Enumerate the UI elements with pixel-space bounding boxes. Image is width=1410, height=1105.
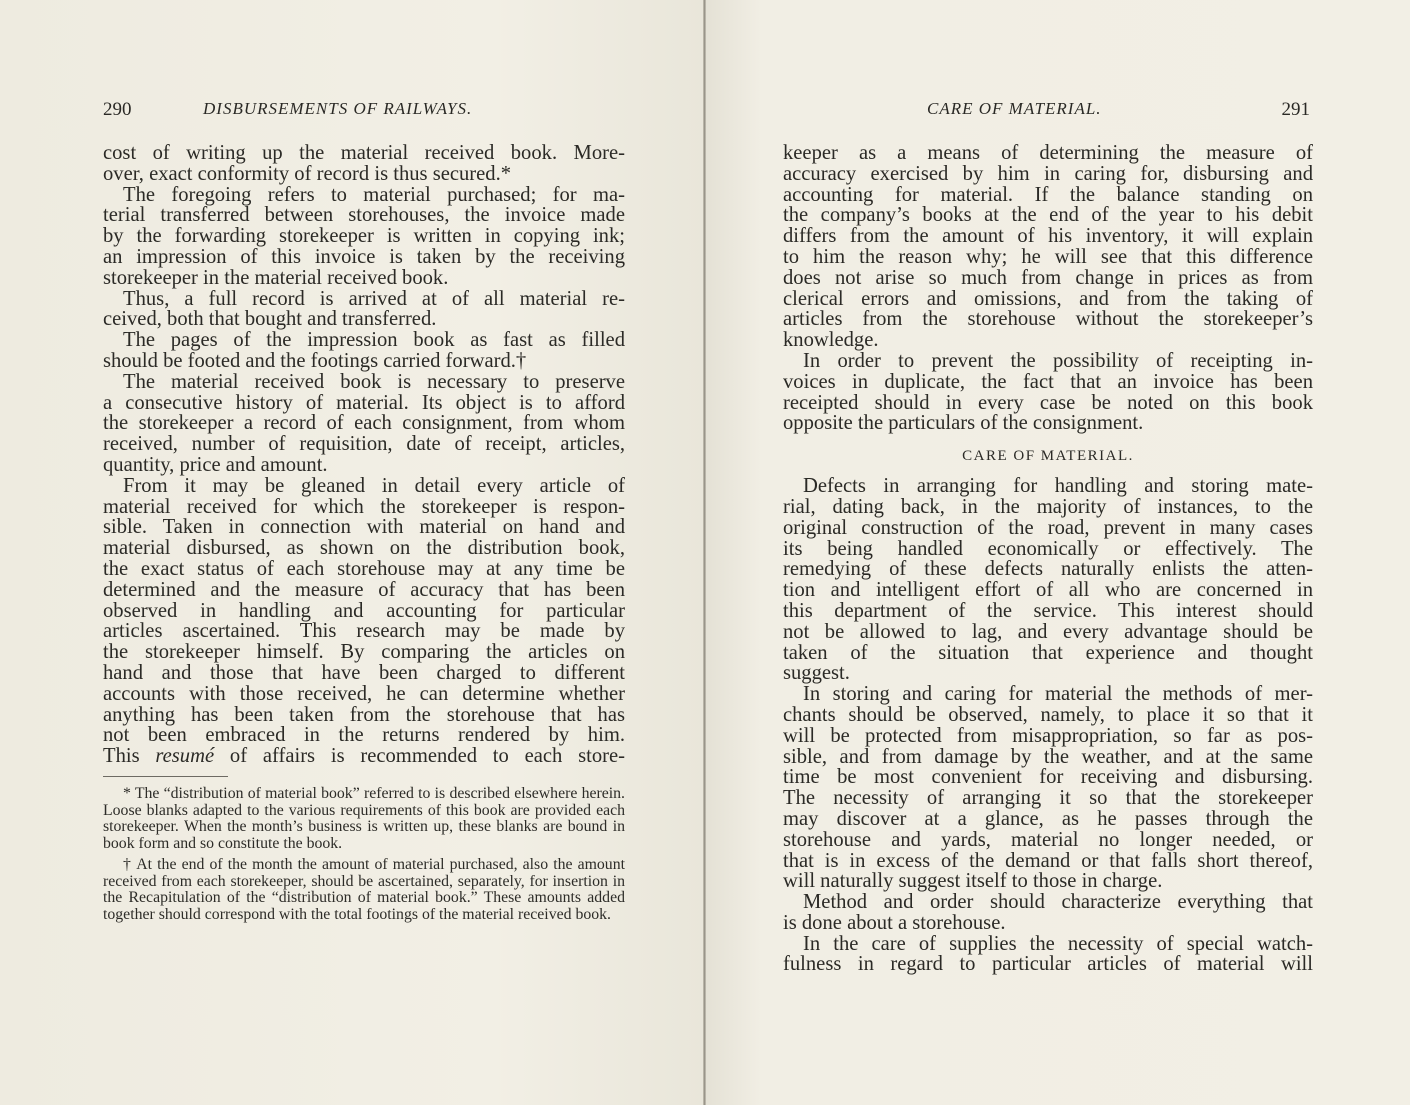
text-line: over, exact conformity of record is thus… (103, 164, 625, 185)
text-line: chants should be observed, namely, to pl… (783, 705, 1313, 726)
left-running-head: 290 DISBURSEMENTS OF RAILWAYS. (103, 99, 625, 123)
text-line: articles from the storehouse without the… (783, 309, 1313, 330)
text-line: sible, and from damage by the weather, a… (783, 747, 1313, 768)
text-line: a consecutive history of material. Its o… (103, 393, 625, 414)
text-line: the storekeeper himself. By comparing th… (103, 642, 625, 663)
text-line: storehouse and yards, material no longer… (783, 830, 1313, 851)
text-line: Method and order should characterize eve… (783, 892, 1313, 913)
book-gutter (703, 0, 706, 1105)
text-line: ceived, both that bought and transferred… (103, 309, 625, 330)
text-line: accounts with those received, he can det… (103, 684, 625, 705)
text-line: Thus, a full record is arrived at of all… (103, 289, 625, 310)
text-line: suggest. (783, 663, 1313, 684)
text-line: storekeeper in the material received boo… (103, 268, 625, 289)
text-line: accounting for material. If the balance … (783, 185, 1313, 206)
text-line: articles ascertained. This research may … (103, 621, 625, 642)
footnote-rule (103, 776, 228, 777)
text-line: observed in handling and accounting for … (103, 601, 625, 622)
text-line: hand and those that have been charged to… (103, 663, 625, 684)
text-line: The foregoing refers to material purchas… (103, 185, 625, 206)
text-line: tion and intelligent effort of all who a… (783, 580, 1313, 601)
page-number: 291 (1282, 99, 1311, 121)
text-line: will naturally suggest itself to those i… (783, 871, 1313, 892)
italic-word: resumé (155, 745, 214, 767)
text-line: may discover at a glance, as he passes t… (783, 809, 1313, 830)
text-line: not be allowed to lag, and every advanta… (783, 622, 1313, 643)
text-line: knowledge. (783, 330, 1313, 351)
text-line: that is in excess of the demand or that … (783, 851, 1313, 872)
text-line: received, number of requisition, date of… (103, 434, 625, 455)
text-line: material disbursed, as shown on the dist… (103, 538, 625, 559)
text-line: time be most convenient for receiving an… (783, 767, 1313, 788)
text-line: This resumé of affairs is recommended to… (103, 746, 625, 767)
text-line: fulness in regard to particular articles… (783, 954, 1313, 975)
text-line: rial, dating back, in the majority of in… (783, 497, 1313, 518)
text-line: the company’s books at the end of the ye… (783, 205, 1313, 226)
text-line: terial transferred between storehouses, … (103, 205, 625, 226)
text-line: The material received book is necessary … (103, 372, 625, 393)
text-line: In storing and caring for material the m… (783, 684, 1313, 705)
text-line: From it may be gleaned in detail every a… (103, 476, 625, 497)
text-line: material received for which the storekee… (103, 497, 625, 518)
text-line: accuracy exercised by him in caring for,… (783, 164, 1313, 185)
right-body-text: keeper as a means of determining the mea… (783, 143, 1313, 975)
right-page: CARE OF MATERIAL. 291 keeper as a means … (705, 0, 1410, 1105)
text-line: should be footed and the footings carrie… (103, 351, 625, 372)
text-line: its being handled economically or effect… (783, 539, 1313, 560)
text-line: voices in duplicate, the fact that an in… (783, 372, 1313, 393)
text-line: quantity, price and amount. (103, 455, 625, 476)
text-line: differs from the amount of his inventory… (783, 226, 1313, 247)
text-line: sible. Taken in connection with material… (103, 517, 625, 538)
text-line: to him the reason why; he will see that … (783, 247, 1313, 268)
footnote-asterisk: * The “distribution of material book” re… (103, 786, 625, 853)
text-line: by the forwarding storekeeper is written… (103, 226, 625, 247)
book-spread: 290 DISBURSEMENTS OF RAILWAYS. cost of w… (0, 0, 1410, 1105)
text-line: The pages of the impression book as fast… (103, 330, 625, 351)
text-line: an impression of this invoice is taken b… (103, 247, 625, 268)
text-line: Defects in arranging for handling and st… (783, 476, 1313, 497)
text-line: opposite the particulars of the consignm… (783, 413, 1313, 434)
text-line: remedying of these defects naturally enl… (783, 559, 1313, 580)
text-line: The necessity of arranging it so that th… (783, 788, 1313, 809)
text-line: is done about a storehouse. (783, 913, 1313, 934)
text-line: this department of the service. This int… (783, 601, 1313, 622)
text-line: not been embraced in the returns rendere… (103, 725, 625, 746)
text-line: will be protected from misappropriation,… (783, 726, 1313, 747)
footnote-dagger: † At the end of the month the amount of … (103, 857, 625, 924)
text-line: receipted should in every case be noted … (783, 393, 1313, 414)
text-line: does not arise so much from change in pr… (783, 268, 1313, 289)
text-line: determined and the measure of accuracy t… (103, 580, 625, 601)
text-line: original construction of the road, preve… (783, 518, 1313, 539)
page-number: 290 (103, 99, 132, 121)
text-line: anything has been taken from the storeho… (103, 705, 625, 726)
text-line: the exact status of each storehouse may … (103, 559, 625, 580)
running-head-title: CARE OF MATERIAL. (927, 99, 1102, 119)
left-body-text: cost of writing up the material received… (103, 143, 625, 767)
text-line: In the care of supplies the necessity of… (783, 934, 1313, 955)
text-line: cost of writing up the material received… (103, 143, 625, 164)
text-line: taken of the situation that experience a… (783, 643, 1313, 664)
left-page: 290 DISBURSEMENTS OF RAILWAYS. cost of w… (0, 0, 705, 1105)
text-line: clerical errors and omissions, and from … (783, 289, 1313, 310)
text-line: In order to prevent the possibility of r… (783, 351, 1313, 372)
running-head-title: DISBURSEMENTS OF RAILWAYS. (203, 99, 472, 119)
text-line: keeper as a means of determining the mea… (783, 143, 1313, 164)
section-heading: CARE OF MATERIAL. (783, 446, 1313, 466)
right-running-head: CARE OF MATERIAL. 291 (783, 99, 1310, 123)
text-line: the storekeeper a record of each consign… (103, 413, 625, 434)
footnotes: * The “distribution of material book” re… (103, 786, 625, 924)
